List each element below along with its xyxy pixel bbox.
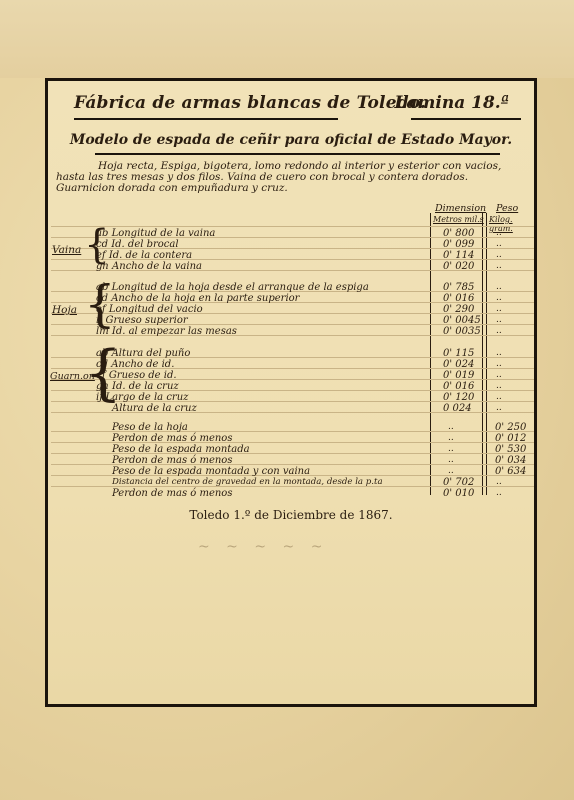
weight-value: 0' 530 <box>495 444 526 455</box>
weight-value: .. <box>496 348 502 358</box>
weight-value: .. <box>496 293 502 303</box>
weight-row-label: Peso de la hoja <box>112 422 188 433</box>
list-item: gh Ancho de la vaina <box>96 261 202 272</box>
weight-value: 0' 250 <box>495 422 526 433</box>
title-underline <box>74 118 338 120</box>
weight-value: .. <box>496 326 502 336</box>
list-item: ij Largo de la cruz <box>96 392 188 403</box>
dimension-value: .. <box>448 455 454 465</box>
weight-value: .. <box>496 261 502 271</box>
weight-row-label: Perdon de mas ó menos <box>112 488 232 499</box>
plate-underline <box>411 118 521 120</box>
list-item: ab Altura del puño <box>96 348 190 359</box>
weight-value: .. <box>496 477 502 487</box>
list-item: ef Id. de la contera <box>96 250 192 261</box>
dimension-value: 0' 114 <box>443 250 474 261</box>
subtitle-underline <box>95 153 500 155</box>
weight-value: .. <box>496 403 502 413</box>
dimension-value: 0' 010 <box>443 488 474 499</box>
dimension-value: 0' 099 <box>443 239 474 250</box>
list-item: cd Ancho de id. <box>96 359 174 370</box>
dimension-value: .. <box>448 466 454 476</box>
dimension-value: 0' 115 <box>443 348 474 359</box>
group-label-hoja: Hoja <box>52 304 77 316</box>
weight-row-label: Perdon de mas ó menos <box>112 433 232 444</box>
weight-value: .. <box>496 370 502 380</box>
paper-top-margin <box>0 0 574 78</box>
weight-header: Peso <box>496 203 518 214</box>
list-item: lm Id. al empezar las mesas <box>96 326 237 337</box>
plate-number: Lamina 18.ª <box>394 93 509 113</box>
weight-value: .. <box>496 315 502 325</box>
ruled-line <box>51 226 534 227</box>
group-label-vaina: Vaina <box>52 244 81 256</box>
date-line: Toledo 1.º de Diciembre de 1867. <box>48 508 534 522</box>
list-item: gh Id. de la cruz <box>96 381 179 392</box>
list-item: Altura de la cruz <box>112 403 197 414</box>
dimension-unit: Metros mil.s <box>433 215 484 224</box>
dimension-value: 0' 120 <box>443 392 474 403</box>
weight-value: .. <box>496 228 502 238</box>
weight-value: .. <box>496 359 502 369</box>
list-item: ab Longitud de la hoja desde el arranque… <box>96 282 369 293</box>
dimension-header: Dimension <box>435 203 486 214</box>
dimension-value: 0' 290 <box>443 304 474 315</box>
faded-signature: ~ ~ ~ ~ ~ <box>198 539 328 555</box>
description-line: Guarnicion dorada con empuñadura y cruz. <box>56 183 528 194</box>
list-item: ef Longitud del vacio <box>96 304 203 315</box>
dimension-value: 0' 702 <box>443 477 474 488</box>
list-item: ij Grueso superior <box>96 315 188 326</box>
weight-value: .. <box>496 239 502 249</box>
weight-value: .. <box>496 392 502 402</box>
document-frame: Fábrica de armas blancas de Toledo. Lami… <box>45 78 537 707</box>
weight-row-label: Distancia del centro de gravedad en la m… <box>112 477 383 487</box>
dimension-value: 0' 019 <box>443 370 474 381</box>
description: Hoja recta, Espiga, bigotera, lomo redon… <box>56 161 528 194</box>
dimension-value: 0' 024 <box>443 359 474 370</box>
weight-row-label: Peso de la espada montada <box>112 444 250 455</box>
list-item: ab Longitud de la vaina <box>96 228 215 239</box>
dimension-value: 0' 800 <box>443 228 474 239</box>
dimension-value: .. <box>448 444 454 454</box>
weight-row-label: Peso de la espada montada y con vaina <box>112 466 310 477</box>
weight-value: 0' 012 <box>495 433 526 444</box>
factory-title: Fábrica de armas blancas de Toledo. <box>74 93 426 113</box>
dimension-value: 0' 0045 <box>443 315 481 326</box>
list-item: cd Id. del brocal <box>96 239 179 250</box>
dimension-value: .. <box>448 422 454 432</box>
weight-value: .. <box>496 250 502 260</box>
weight-value: 0' 034 <box>495 455 526 466</box>
list-item: ef Grueso de id. <box>96 370 177 381</box>
dimension-value: 0' 016 <box>443 381 474 392</box>
weight-value: .. <box>496 488 502 498</box>
dimension-value: 0' 020 <box>443 261 474 272</box>
weight-value: .. <box>496 304 502 314</box>
list-item: cd Ancho de la hoja en la parte superior <box>96 293 299 304</box>
dimension-value: 0' 016 <box>443 293 474 304</box>
weight-value: .. <box>496 282 502 292</box>
weight-row-label: Perdon de mas ó menos <box>112 455 232 466</box>
weight-value: 0' 634 <box>495 466 526 477</box>
dimension-value: 0' 785 <box>443 282 474 293</box>
dimension-value: .. <box>448 433 454 443</box>
dimension-value: 0' 0035 <box>443 326 481 337</box>
weight-value: .. <box>496 381 502 391</box>
dimension-value: 0 024 <box>443 403 472 414</box>
model-subtitle: Modelo de espada de ceñir para oficial d… <box>48 132 534 148</box>
